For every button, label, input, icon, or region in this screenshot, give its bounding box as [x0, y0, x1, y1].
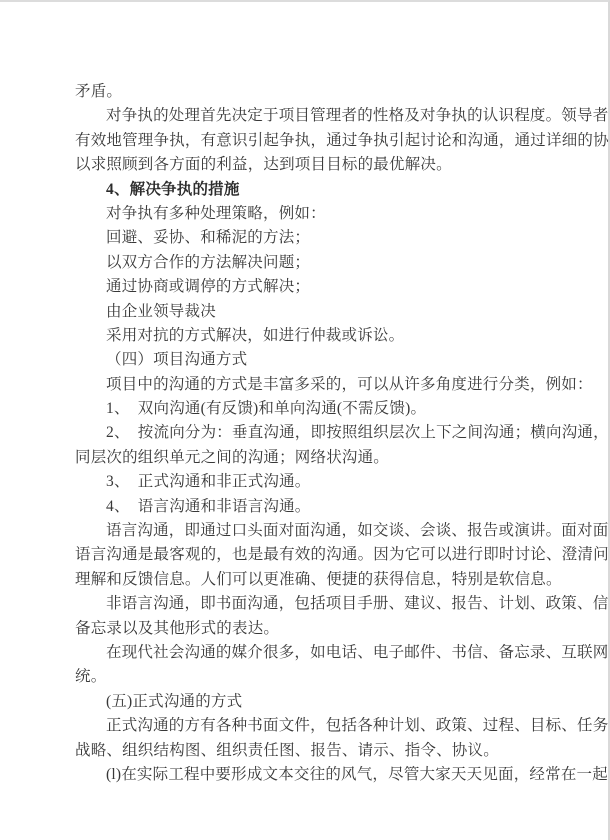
text-line: 通过协商或调停的方式解决；	[75, 275, 545, 299]
text-line: (五)正式沟通的方式	[75, 690, 545, 714]
document-content: 矛盾。对争执的处理首先决定于项目管理者的性格及对争执的认识程度。领导者要有效地管…	[75, 80, 545, 787]
text-line: 回避、妥协、和稀泥的方法；	[75, 226, 545, 250]
text-line: 在现代社会沟通的媒介很多，如电话、电子邮件、书信、备忘录、互联网系	[75, 641, 545, 665]
text-line: (l)在实际工程中要形成文本交往的风气，尽管大家天天见面，经常在一起商	[75, 763, 545, 787]
text-line: 备忘录以及其他形式的表达。	[75, 617, 545, 641]
text-line: 4、解决争执的措施	[75, 178, 545, 202]
document-page: 矛盾。对争执的处理首先决定于项目管理者的性格及对争执的认识程度。领导者要有效地管…	[0, 0, 610, 840]
text-line: 语言沟通是最客观的，也是最有效的沟通。因为它可以进行即时讨论、澄清问题、	[75, 543, 545, 567]
text-line: 矛盾。	[75, 80, 545, 104]
text-line: 同层次的组织单元之间的沟通；网络状沟通。	[75, 446, 545, 470]
text-line: 对争执有多种处理策略，例如：	[75, 202, 545, 226]
text-line: 有效地管理争执，有意识引起争执，通过争执引起讨论和沟通，通过详细的协商，	[75, 129, 545, 153]
text-line: 1、 双向沟通(有反馈)和单向沟通(不需反馈)。	[75, 397, 545, 421]
text-line: 4、 语言沟通和非语言沟通。	[75, 495, 545, 519]
text-line: 理解和反馈信息。人们可以更准确、便捷的获得信息，特别是软信息。	[75, 568, 545, 592]
text-line: 统。	[75, 665, 545, 689]
text-line: 非语言沟通，即书面沟通，包括项目手册、建议、报告、计划、政策、信件、	[75, 592, 545, 616]
text-line: 项目中的沟通的方式是丰富多采的，可以从许多角度进行分类，例如：	[75, 373, 545, 397]
text-line: 以求照顾到各方面的利益，达到项目目标的最优解决。	[75, 153, 545, 177]
text-line: 语言沟通，即通过口头面对面沟通，如交谈、会谈、报告或演讲。面对面的	[75, 519, 545, 543]
text-line: 战略、组织结构图、组织责任图、报告、请示、指令、协议。	[75, 739, 545, 763]
text-line: 以双方合作的方法解决问题；	[75, 251, 545, 275]
text-line: 由企业领导裁决	[75, 300, 545, 324]
text-line: 采用对抗的方式解决，如进行仲裁或诉讼。	[75, 324, 545, 348]
text-line: 对争执的处理首先决定于项目管理者的性格及对争执的认识程度。领导者要	[75, 104, 545, 128]
text-line: 2、 按流向分为：垂直沟通，即按照组织层次上下之间沟通；横向沟通，即	[75, 421, 545, 445]
text-line: 3、 正式沟通和非正式沟通。	[75, 470, 545, 494]
text-line: 正式沟通的方有各种书面文件，包括各种计划、政策、过程、目标、任务、	[75, 714, 545, 738]
text-line: （四）项目沟通方式	[75, 348, 545, 372]
